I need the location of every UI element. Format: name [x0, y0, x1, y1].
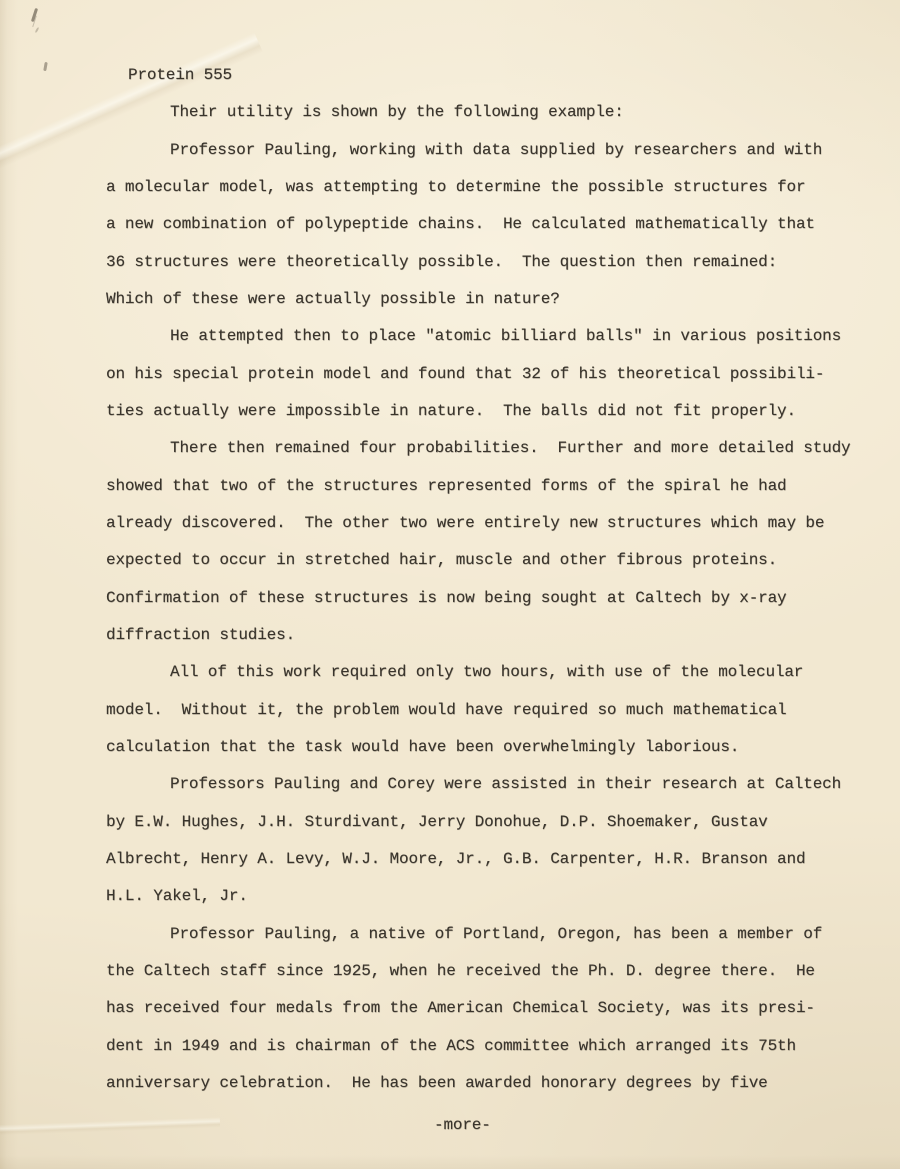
paper-mark — [43, 62, 48, 71]
typewritten-line: ties actually were impossible in nature.… — [106, 393, 866, 430]
typewritten-line: H.L. Yakel, Jr. — [106, 878, 866, 915]
typewritten-line: Professor Pauling, working with data sup… — [170, 132, 866, 169]
typewritten-line: Professor Pauling, a native of Portland,… — [170, 916, 866, 953]
typewritten-text: Protein 555Their utility is shown by the… — [106, 57, 866, 1145]
document-page: Protein 555Their utility is shown by the… — [0, 0, 900, 1169]
typewritten-line: a molecular model, was attempting to det… — [106, 169, 866, 206]
typewritten-line: Professors Pauling and Corey were assist… — [170, 766, 866, 803]
typewritten-line: already discovered. The other two were e… — [106, 505, 866, 542]
typewritten-line: has received four medals from the Americ… — [106, 990, 866, 1027]
typewritten-line: calculation that the task would have bee… — [106, 729, 866, 766]
typewritten-line: on his special protein model and found t… — [106, 356, 866, 393]
typewritten-line: diffraction studies. — [106, 617, 866, 654]
typewritten-line: Confirmation of these structures is now … — [106, 580, 866, 617]
typewritten-line: 36 structures were theoretically possibl… — [106, 244, 866, 281]
typewritten-line: anniversary celebration. He has been awa… — [106, 1065, 866, 1102]
typewritten-line: a new combination of polypeptide chains.… — [106, 206, 866, 243]
typewritten-line: showed that two of the structures repres… — [106, 468, 866, 505]
typewritten-line: by E.W. Hughes, J.H. Sturdivant, Jerry D… — [106, 804, 866, 841]
more-marker: -more- — [434, 1107, 866, 1144]
typewritten-line: model. Without it, the problem would hav… — [106, 692, 866, 729]
typewritten-line: the Caltech staff since 1925, when he re… — [106, 953, 866, 990]
typewritten-line: There then remained four probabilities. … — [170, 430, 866, 467]
typewritten-line: He attempted then to place "atomic billi… — [170, 318, 866, 355]
typewritten-line: expected to occur in stretched hair, mus… — [106, 542, 866, 579]
typewritten-line: Albrecht, Henry A. Levy, W.J. Moore, Jr.… — [106, 841, 866, 878]
page-heading: Protein 555 — [128, 57, 866, 94]
paper-mark — [35, 27, 40, 33]
typewritten-line: Their utility is shown by the following … — [170, 94, 866, 131]
typewritten-line: dent in 1949 and is chairman of the ACS … — [106, 1028, 866, 1065]
typewritten-line: All of this work required only two hours… — [170, 654, 866, 691]
paper-mark — [31, 8, 38, 22]
typewritten-line: Which of these were actually possible in… — [106, 281, 866, 318]
